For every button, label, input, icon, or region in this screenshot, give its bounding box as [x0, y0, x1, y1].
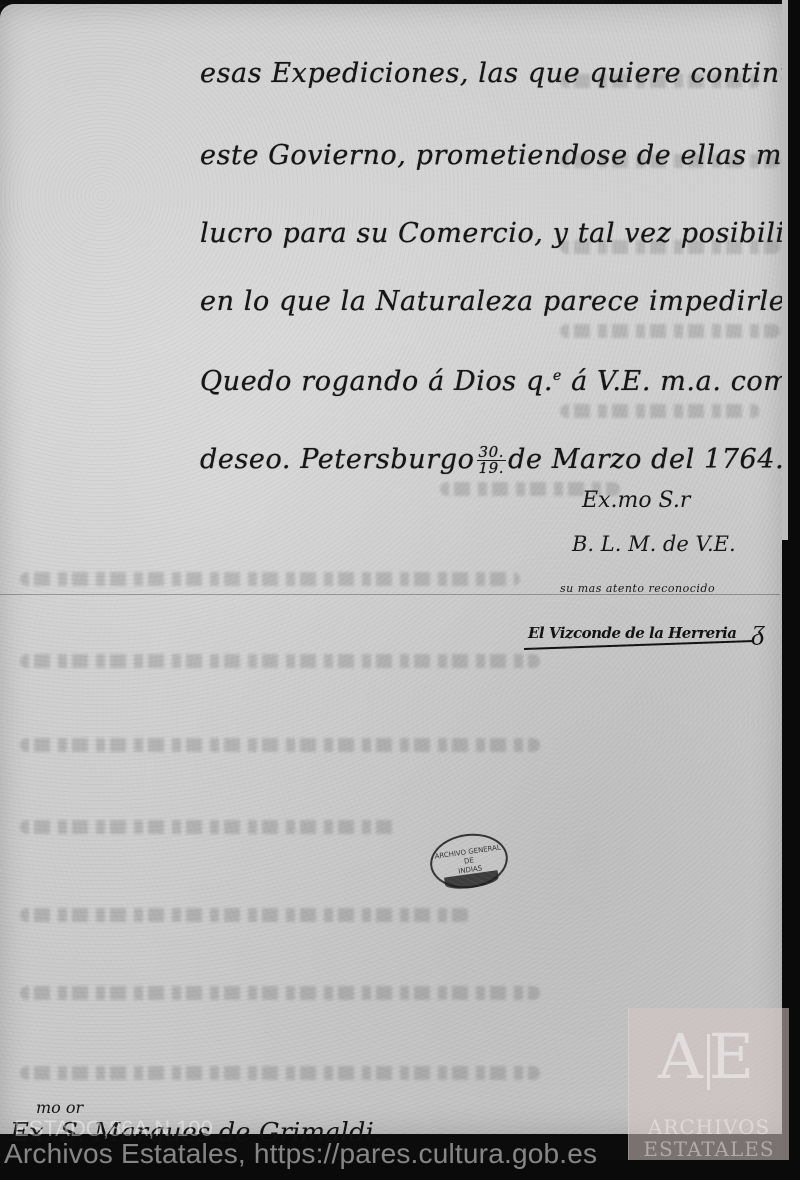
- date-denominator: 19.: [477, 461, 507, 476]
- courtesy-subformula: su mas atento reconocido: [560, 582, 715, 595]
- bleed-through-line: [20, 572, 520, 586]
- paper-edge: [782, 0, 788, 540]
- stamp-ink-smudge: [444, 870, 499, 891]
- rubrica-icon: ᵹ: [752, 620, 784, 684]
- archive-stamp: ARCHIVO GENERAL DE INDIAS: [427, 829, 512, 893]
- bleed-through-line: [20, 986, 540, 1000]
- watermark-credit: Archivos Estatales, https://pares.cultur…: [4, 1138, 597, 1170]
- closing-date: de Marzo del 1764.: [508, 444, 784, 475]
- bleed-through-line: [20, 654, 540, 668]
- courtesy-formula: B. L. M. de V.E.: [572, 532, 736, 556]
- archivos-estatales-logo: AE ARCHIVOS ESTATALES: [628, 1008, 789, 1173]
- salutation: Ex.mo S.r: [582, 488, 690, 513]
- bleed-through-line: [20, 738, 540, 752]
- logo-caption-line-2: ESTATALES: [629, 1138, 789, 1160]
- body-line-1: esas Expediciones, las que quiere contin…: [200, 58, 800, 89]
- body-line-3: lucro para su Comercio, y tal vez posibi…: [200, 218, 800, 249]
- date-fraction: 30.19.: [477, 445, 507, 476]
- bleed-through-line: [560, 404, 760, 418]
- closing-text-start: Quedo rogando á Dios: [200, 366, 517, 397]
- scan-right-border: [782, 0, 800, 1180]
- closing-line-2: deseo. Petersburgo30.19.de Marzo del 176…: [200, 444, 784, 476]
- addressee-abbr-sup: mo or: [36, 1098, 83, 1117]
- signature: El Vizconde de la Herreria: [528, 624, 737, 642]
- closing-place: deseo. Petersburgo: [200, 444, 475, 475]
- body-line-4: en lo que la Naturaleza parece impedirle…: [200, 286, 800, 317]
- bleed-through-line: [20, 820, 400, 834]
- logo-caption-line-1: ARCHIVOS: [629, 1116, 789, 1138]
- logo-caption: ARCHIVOS ESTATALES: [629, 1116, 789, 1160]
- logo-divider: [707, 1034, 710, 1090]
- closing-text-mid: á V.E. m.: [571, 366, 696, 397]
- bleed-through-line: [560, 324, 780, 338]
- manuscript-page: esas Expediciones, las que quiere contin…: [0, 4, 782, 1134]
- abbr-que: q.: [526, 366, 553, 397]
- bleed-through-line: [20, 908, 470, 922]
- body-line-2: este Govierno, prometiendose de ellas mu…: [200, 140, 800, 171]
- abbr-anos: a.: [696, 366, 722, 397]
- abbr-que-sup: e: [553, 368, 562, 384]
- bleed-through-line: [20, 1066, 540, 1080]
- closing-line-1: Quedo rogando á Dios q.e á V.E. m.a. com…: [200, 366, 800, 397]
